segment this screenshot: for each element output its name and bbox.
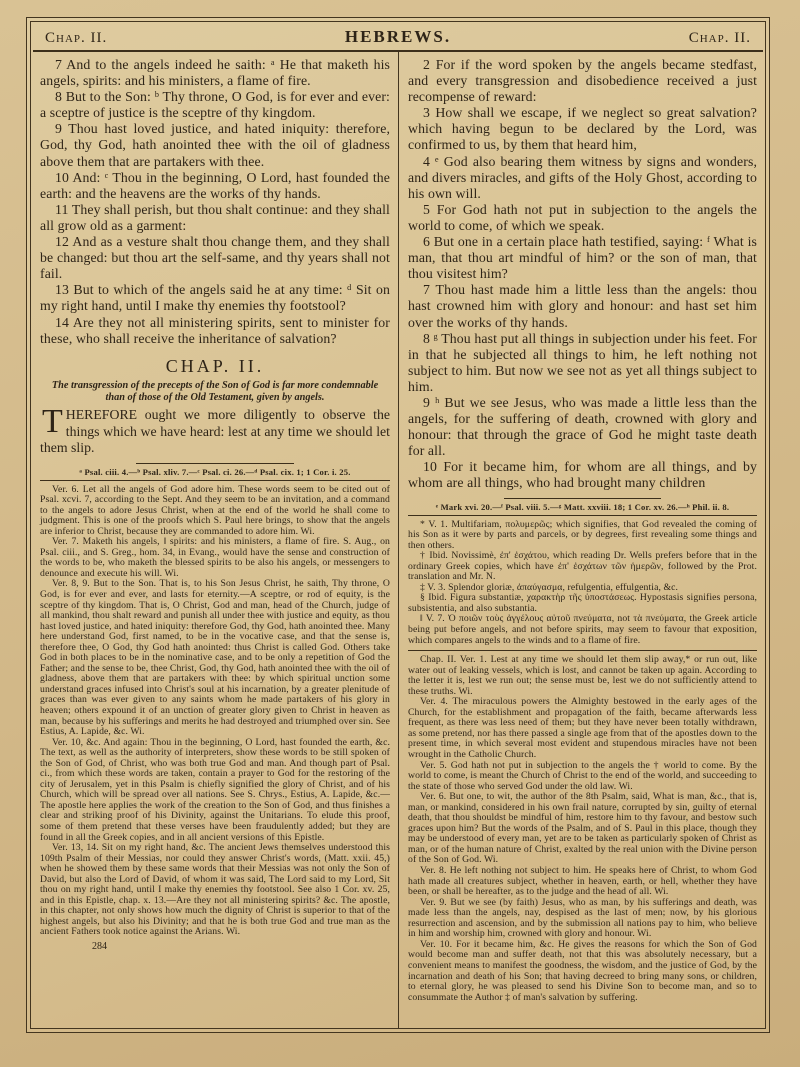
commentary-paragraph: Ver. 6. But one, to wit, the author of t… [408, 792, 757, 866]
verse-paragraph: 5 For God hath not put in subjection to … [408, 202, 757, 234]
footnote-references: ᵃ Psal. ciii. 4.—ᵇ Psal. xliv. 7.—ᶜ Psal… [40, 467, 390, 477]
commentary-paragraph: Ver. 5. God hath not put in subjection t… [408, 761, 757, 793]
opening-text: HEREFORE ought we more diligently to obs… [40, 407, 390, 455]
right-column: 2 For if the word spoken by the angels b… [398, 52, 765, 1028]
header-chapter-right: Chap. II. [689, 30, 751, 47]
verse-paragraph: 2 For if the word spoken by the angels b… [408, 57, 757, 105]
verse-paragraph: 10 And: ᶜ Thou in the beginning, O Lord,… [40, 170, 390, 202]
verse-paragraph: 7 And to the angels indeed he saith: ᵃ H… [40, 57, 390, 89]
note-paragraph: ‖ V. 7. Ὁ ποιῶν τοὺς ἀγγέλους αὐτοῦ πνεύ… [408, 614, 757, 646]
verse-paragraph: 13 But to which of the angels said he at… [40, 282, 390, 314]
chapter-heading: CHAP. II. [40, 356, 390, 377]
verse-paragraph: 12 And as a vesture shalt thou change th… [40, 234, 390, 282]
verse-paragraph: 11 They shall perish, but thou shalt con… [40, 202, 390, 234]
commentary-paragraph: Ver. 6. Let all the angels of God adore … [40, 485, 390, 538]
two-column-body: 7 And to the angels indeed he saith: ᵃ H… [31, 52, 765, 1028]
footnote-short-rule [504, 498, 661, 499]
verse-paragraph: 6 But one in a certain place hath testif… [408, 234, 757, 282]
verse-paragraph: 7 Thou hast made him a little less than … [408, 282, 757, 330]
verse-paragraph: 14 Are they not all ministering spirits,… [40, 315, 390, 347]
verse-paragraph: 8 ᵍ Thou hast put all things in subjecti… [408, 331, 757, 395]
verse-paragraph: 8 But to the Son: ᵇ Thy throne, O God, i… [40, 89, 390, 121]
verse-paragraph: 10 For it became him, for whom are all t… [408, 459, 757, 491]
note-paragraph: † Ibid. Novissimè, ἐπ' ἐσχάτου, which re… [408, 551, 757, 583]
commentary-paragraph: Chap. II. Ver. 1. Lest at any time we sh… [408, 655, 757, 697]
commentary-paragraph: Ver. 8. He left nothing not subject to h… [408, 866, 757, 898]
footnote-short-rule [136, 463, 294, 464]
verse-paragraph: 9 ʰ But we see Jesus, who was made a lit… [408, 395, 757, 459]
page-number: 284 [92, 941, 390, 952]
header-chapter-left: Chap. II. [45, 30, 107, 47]
page-content-area: Chap. II. HEBREWS. Chap. II. 7 And to th… [30, 21, 766, 1029]
commentary-divider-rule [40, 480, 390, 481]
commentary-paragraph: Ver. 13, 14. Sit on my right hand, &c. T… [40, 843, 390, 938]
chapter-opening-paragraph: THEREFORE ought we more diligently to ob… [40, 407, 390, 456]
commentary-paragraph: Ver. 8, 9. But to the Son. That is, to h… [40, 579, 390, 737]
page-border-frame: Chap. II. HEBREWS. Chap. II. 7 And to th… [26, 17, 770, 1033]
notes-divider-rule [408, 515, 757, 516]
commentary-paragraph: Ver. 9. But we see (by faith) Jesus, who… [408, 898, 757, 940]
commentary-paragraph: Ver. 4. The miraculous powers the Almigh… [408, 697, 757, 760]
commentary-paragraph: Ver. 10, &c. And again: Thou in the begi… [40, 738, 390, 843]
verse-paragraph: 9 Thou hast loved justice, and hated ini… [40, 121, 390, 169]
footnote-references: ᵉ Mark xvi. 20.—ᶠ Psal. viii. 5.—ᵍ Matt.… [408, 502, 757, 512]
header-book-title: HEBREWS. [345, 27, 451, 47]
commentary-paragraph: Ver. 10. For it became him, &c. He gives… [408, 940, 757, 1003]
note-paragraph: § Ibid. Figura substantiæ, χαρακτὴρ τῆς … [408, 593, 757, 614]
note-paragraph: * V. 1. Multifariam, πολυμερῶς; which si… [408, 520, 757, 552]
verse-paragraph: 3 How shall we escape, if we neglect so … [408, 105, 757, 153]
commentary-paragraph: Ver. 7. Maketh his angels, ‖ spirits: an… [40, 537, 390, 579]
commentary-divider-rule [408, 650, 757, 651]
drop-cap: T [40, 407, 66, 435]
page-header: Chap. II. HEBREWS. Chap. II. [31, 22, 765, 50]
left-column: 7 And to the angels indeed he saith: ᵃ H… [31, 52, 398, 1028]
chapter-argument: The transgression of the precepts of the… [44, 380, 386, 405]
verse-paragraph: 4 ᵉ God also bearing them witness by sig… [408, 154, 757, 202]
